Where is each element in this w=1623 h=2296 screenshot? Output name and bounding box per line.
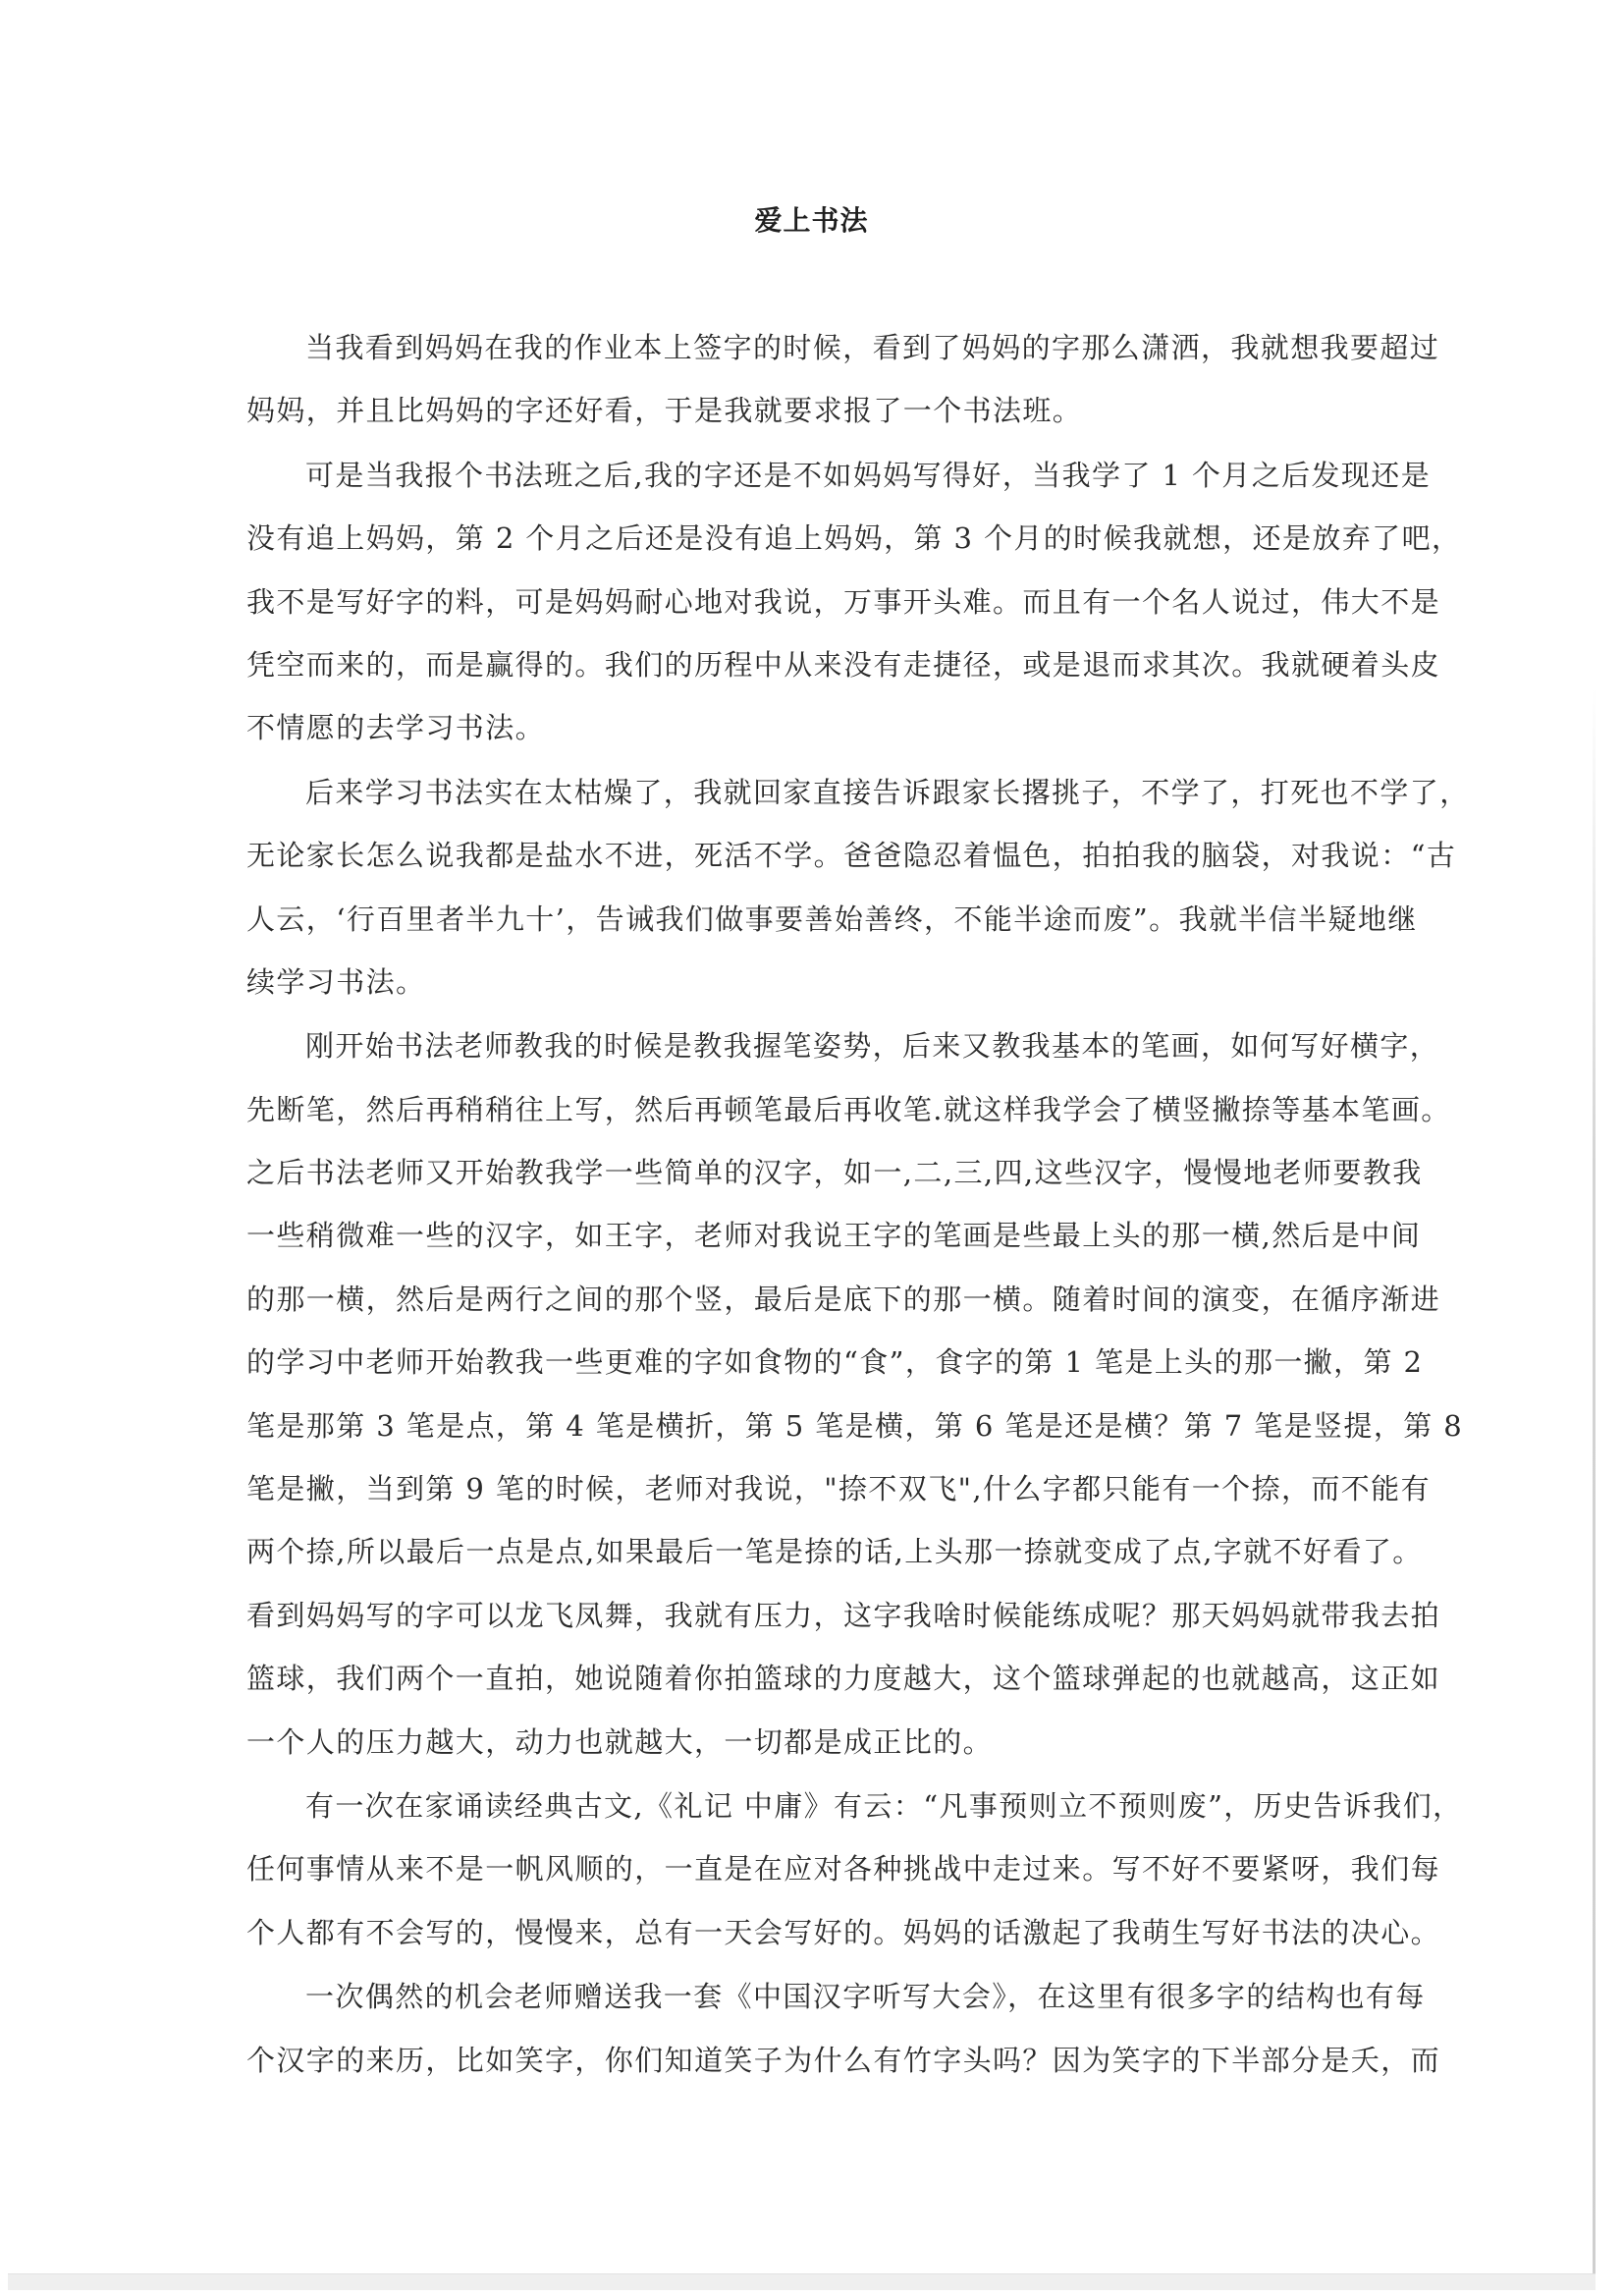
- text-line: 之后书法老师又开始教我学一些简单的汉字，如一,二,三,四,这些汉字，慢慢地老师要…: [246, 1141, 1385, 1204]
- document-body: 当我看到妈妈在我的作业本上签字的时候，看到了妈妈的字那么潇洒，我就想我要超过 妈…: [246, 316, 1385, 2093]
- text-line: 看到妈妈写的字可以龙飞凤舞，我就有压力，这字我啥时候能练成呢？那天妈妈就带我去拍: [246, 1584, 1385, 1647]
- text-line: 我不是写好字的料，可是妈妈耐心地对我说，万事开头难。而且有一个名人说过，伟大不是: [246, 571, 1385, 633]
- scan-edge-bottom: [8, 2273, 1596, 2290]
- text-line: 妈妈，并且比妈妈的字还好看，于是我就要求报了一个书法班。: [246, 379, 1385, 442]
- text-line: 先断笔，然后再稍稍往上写，然后再顿笔最后再收笔.就这样我学会了横竖撇捺等基本笔画…: [246, 1078, 1385, 1141]
- text-line: 不情愿的去学习书法。: [246, 696, 1385, 759]
- text-line: 可是当我报个书法班之后,我的字还是不如妈妈写得好，当我学了 1 个月之后发现还是: [246, 444, 1385, 507]
- text-line: 篮球，我们两个一直拍，她说随着你拍篮球的力度越大，这个篮球弹起的也就越高，这正如: [246, 1647, 1385, 1710]
- text-line: 一次偶然的机会老师赠送我一套《中国汉字听写大会》，在这里有很多字的结构也有每: [246, 1965, 1385, 2028]
- paragraph-3: 后来学习书法实在太枯燥了，我就回家直接告诉跟家长撂挑子，不学了，打死也不学了， …: [246, 761, 1385, 1014]
- paragraph-5: 有一次在家诵读经典古文,《礼记 中庸》有云：“凡事预则立不预则废”，历史告诉我们…: [246, 1775, 1385, 1964]
- paragraph-6: 一次偶然的机会老师赠送我一套《中国汉字听写大会》，在这里有很多字的结构也有每 个…: [246, 1965, 1385, 2092]
- paragraph-2: 可是当我报个书法班之后,我的字还是不如妈妈写得好，当我学了 1 个月之后发现还是…: [246, 444, 1385, 760]
- text-line: 笔是那第 3 笔是点，第 4 笔是横折，第 5 笔是横，第 6 笔是还是横？第 …: [246, 1394, 1385, 1457]
- text-line: 的学习中老师开始教我一些更难的字如食物的“食”，食字的第 1 笔是上头的那一撇，…: [246, 1331, 1385, 1394]
- text-line: 的那一横，然后是两行之间的那个竖，最后是底下的那一横。随着时间的演变，在循序渐进: [246, 1268, 1385, 1331]
- text-line: 没有追上妈妈，第 2 个月之后还是没有追上妈妈，第 3 个月的时候我就想，还是放…: [246, 507, 1385, 570]
- document-page: 爱上书法 当我看到妈妈在我的作业本上签字的时候，看到了妈妈的字那么潇洒，我就想我…: [0, 0, 1623, 2296]
- text-line: 凭空而来的，而是赢得的。我们的历程中从来没有走捷径，或是退而求其次。我就硬着头皮: [246, 633, 1385, 696]
- text-line: 任何事情从来不是一帆风顺的，一直是在应对各种挑战中走过来。写不好不要紧呀，我们每: [246, 1837, 1385, 1900]
- text-line: 笔是撇，当到第 9 笔的时候，老师对我说，"捺不双飞",什么字都只能有一个捺，而…: [246, 1457, 1385, 1520]
- text-line: 一个人的压力越大，动力也就越大，一切都是成正比的。: [246, 1711, 1385, 1774]
- paragraph-4: 刚开始书法老师教我的时候是教我握笔姿势，后来又教我基本的笔画，如何写好横字， 先…: [246, 1014, 1385, 1774]
- text-line: 当我看到妈妈在我的作业本上签字的时候，看到了妈妈的字那么潇洒，我就想我要超过: [246, 316, 1385, 379]
- text-line: 无论家长怎么说我都是盐水不进，死活不学。爸爸隐忍着愠色，拍拍我的脑袋，对我说：“…: [246, 824, 1385, 887]
- text-line: 个汉字的来历，比如笑字，你们知道笑子为什么有竹字头吗？因为笑字的下半部分是夭，而: [246, 2029, 1385, 2092]
- text-line: 两个捺,所以最后一点是点,如果最后一笔是捺的话,上头那一捺就变成了点,字就不好看…: [246, 1520, 1385, 1583]
- document-title: 爱上书法: [0, 203, 1623, 239]
- text-line: 有一次在家诵读经典古文,《礼记 中庸》有云：“凡事预则立不预则废”，历史告诉我们…: [246, 1775, 1385, 1837]
- text-line: 后来学习书法实在太枯燥了，我就回家直接告诉跟家长撂挑子，不学了，打死也不学了，: [246, 761, 1385, 824]
- scan-edge-right: [1593, 687, 1596, 2280]
- text-line: 人云，‘行百里者半九十’，告诫我们做事要善始善终，不能半途而废”。我就半信半疑地…: [246, 888, 1385, 951]
- paragraph-1: 当我看到妈妈在我的作业本上签字的时候，看到了妈妈的字那么潇洒，我就想我要超过 妈…: [246, 316, 1385, 443]
- text-line: 刚开始书法老师教我的时候是教我握笔姿势，后来又教我基本的笔画，如何写好横字，: [246, 1014, 1385, 1077]
- text-line: 一些稍微难一些的汉字，如王字，老师对我说王字的笔画是些最上头的那一横,然后是中间: [246, 1204, 1385, 1267]
- text-line: 续学习书法。: [246, 951, 1385, 1013]
- text-line: 个人都有不会写的，慢慢来，总有一天会写好的。妈妈的话激起了我萌生写好书法的决心。: [246, 1901, 1385, 1964]
